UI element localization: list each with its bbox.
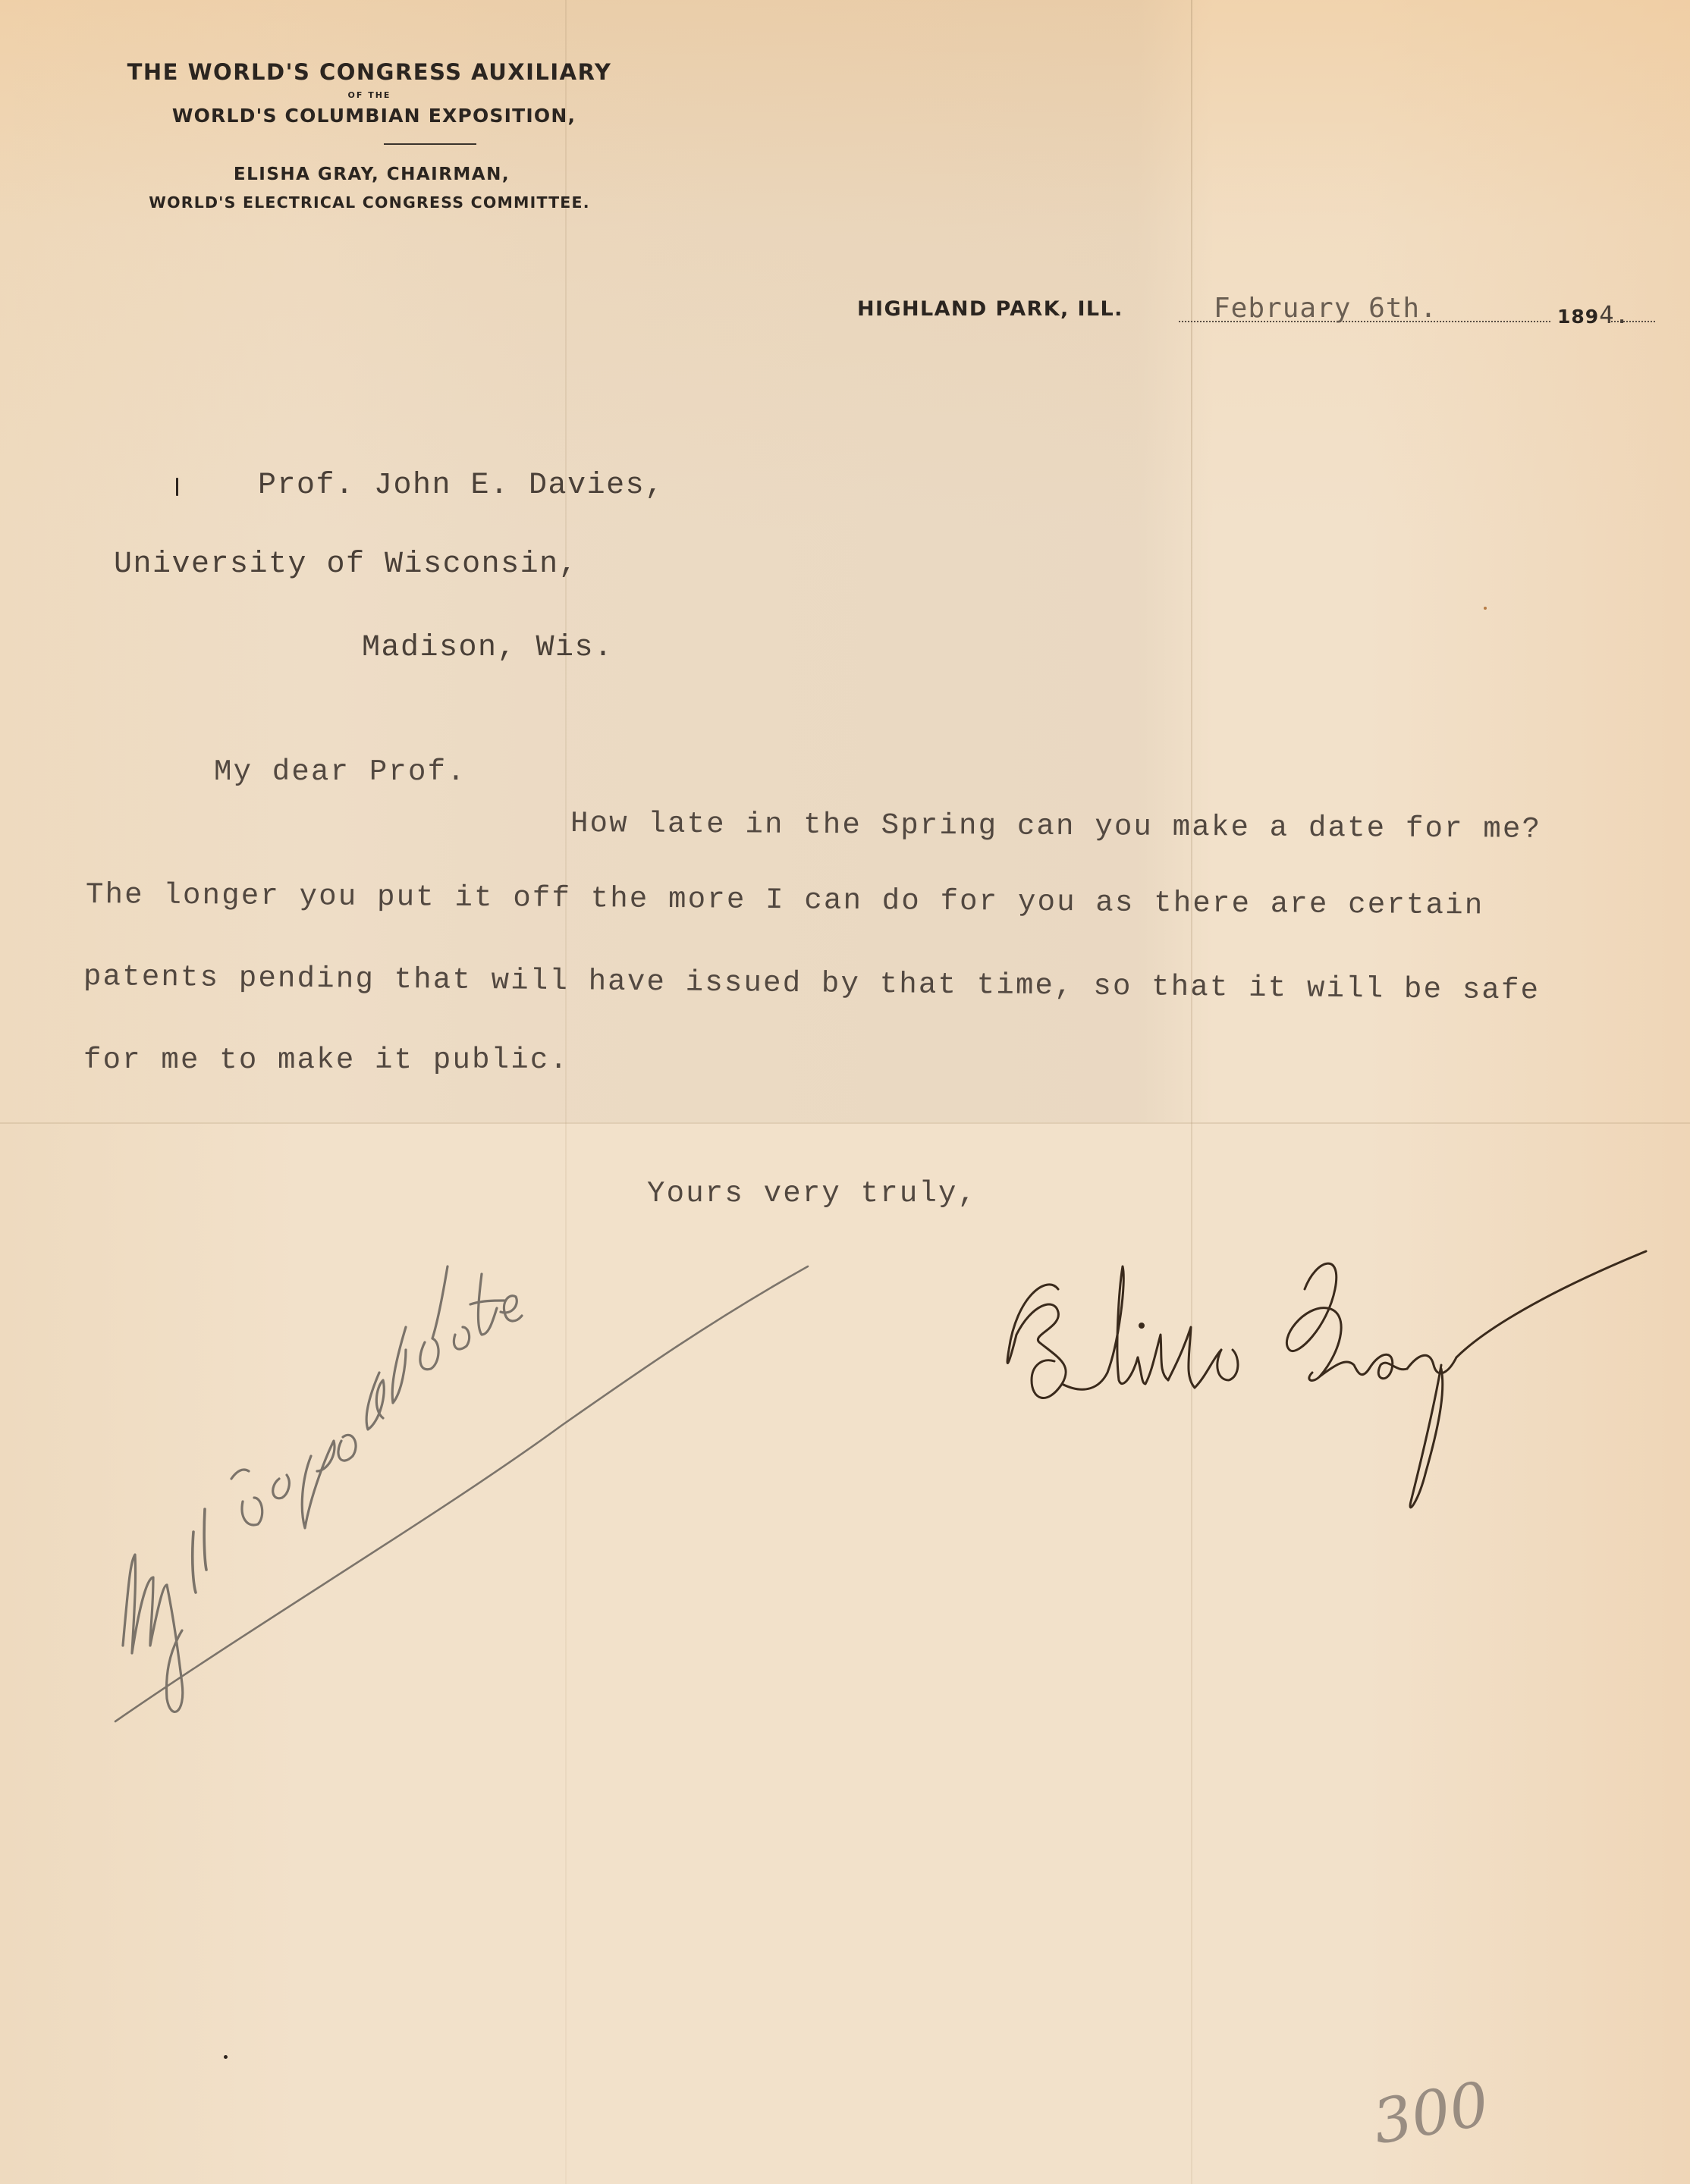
letterhead-committee: WORLD'S ELECTRICAL CONGRESS COMMITTEE. bbox=[85, 193, 654, 212]
letterhead: THE WORLD'S CONGRESS AUXILIARY OF THE WO… bbox=[85, 59, 654, 212]
pencil-annotation bbox=[106, 1228, 819, 1744]
page-number: 300 bbox=[1368, 2068, 1494, 2157]
letter-year: 1894. bbox=[1557, 300, 1630, 329]
letterhead-exposition: WORLD'S COLUMBIAN EXPOSITION, bbox=[94, 105, 654, 127]
body-line-1: How late in the Spring can you make a da… bbox=[570, 807, 1541, 846]
recipient-city: Madison, Wis. bbox=[362, 631, 614, 665]
letterhead-divider bbox=[384, 143, 476, 145]
closing: Yours very truly, bbox=[647, 1177, 977, 1210]
letter-page: THE WORLD'S CONGRESS AUXILIARY OF THE WO… bbox=[0, 0, 1690, 2184]
body-line-3: patents pending that will have issued by… bbox=[83, 960, 1541, 1007]
signature-elisha-gray bbox=[986, 1244, 1669, 1517]
place-of-writing: HIGHLAND PARK, ILL. bbox=[857, 297, 1123, 321]
paper-speck bbox=[224, 2055, 228, 2059]
dateline: HIGHLAND PARK, ILL. February 6th. 1894. bbox=[857, 293, 1661, 331]
paper-speck bbox=[1484, 607, 1487, 610]
fold-line-horizontal bbox=[0, 1122, 1690, 1124]
recipient-name: Prof. John E. Davies, bbox=[258, 469, 664, 503]
letterhead-chairman: ELISHA GRAY, CHAIRMAN, bbox=[90, 165, 654, 184]
letterhead-org: THE WORLD'S CONGRESS AUXILIARY bbox=[85, 59, 654, 85]
letterhead-of-the: OF THE bbox=[85, 90, 654, 100]
year-suffix: 4. bbox=[1599, 300, 1630, 329]
letter-date: February 6th. bbox=[1214, 293, 1437, 324]
margin-mark bbox=[176, 478, 178, 496]
fold-line-vertical-left bbox=[565, 0, 567, 2184]
recipient-institution: University of Wisconsin, bbox=[114, 548, 578, 582]
salutation: My dear Prof. bbox=[214, 755, 466, 789]
year-prefix: 189 bbox=[1557, 306, 1599, 328]
body-line-2: The longer you put it off the more I can… bbox=[86, 878, 1484, 922]
body-line-4: for me to make it public. bbox=[83, 1043, 569, 1077]
